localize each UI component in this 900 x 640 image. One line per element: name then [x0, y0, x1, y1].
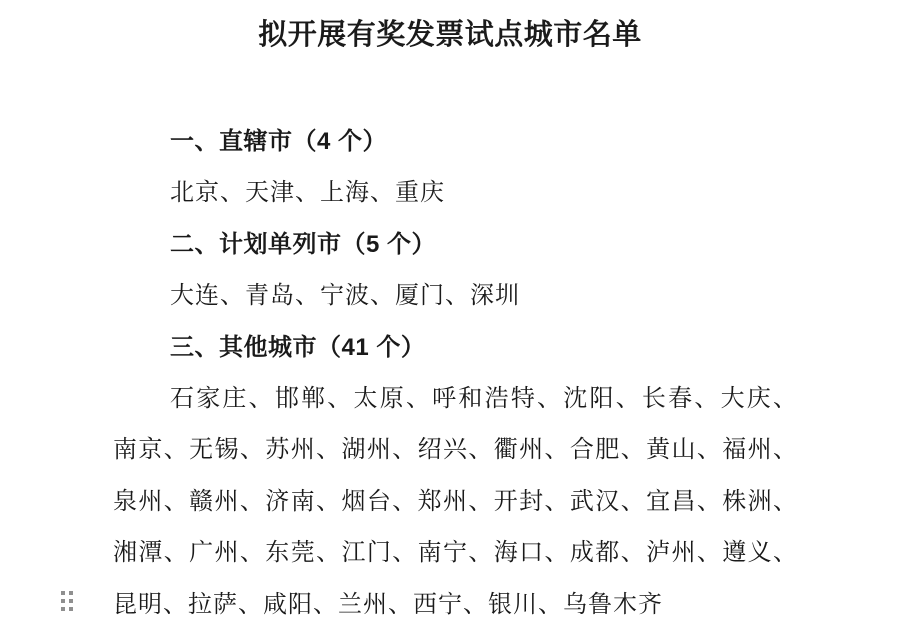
section-1-heading: 一、直辖市（4 个）: [113, 116, 797, 168]
section-3-city-list-line: 泉州、赣州、济南、烟台、郑州、开封、武汉、宜昌、株洲、: [113, 477, 797, 529]
section-1-city-list: 北京、天津、上海、重庆: [113, 168, 797, 220]
document-page: 拟开展有奖发票试点城市名单 一、直辖市（4 个） 北京、天津、上海、重庆 二、计…: [0, 0, 900, 640]
section-3-city-list-line: 石家庄、邯郸、太原、呼和浩特、沈阳、长春、大庆、: [113, 374, 797, 426]
drag-handle-icon[interactable]: [61, 591, 73, 611]
document-title: 拟开展有奖发票试点城市名单: [0, 16, 900, 54]
document-body: 一、直辖市（4 个） 北京、天津、上海、重庆 二、计划单列市（5 个） 大连、青…: [113, 116, 797, 631]
section-2-heading: 二、计划单列市（5 个）: [113, 219, 797, 271]
section-3-city-list-line: 湘潭、广州、东莞、江门、南宁、海口、成都、泸州、遵义、: [113, 528, 797, 580]
section-3-city-list-line: 昆明、拉萨、咸阳、兰州、西宁、银川、乌鲁木齐: [113, 580, 797, 632]
section-2-city-list: 大连、青岛、宁波、厦门、深圳: [113, 271, 797, 323]
section-3-city-list-line: 南京、无锡、苏州、湖州、绍兴、衢州、合肥、黄山、福州、: [113, 425, 797, 477]
section-3-heading: 三、其他城市（41 个）: [113, 322, 797, 374]
